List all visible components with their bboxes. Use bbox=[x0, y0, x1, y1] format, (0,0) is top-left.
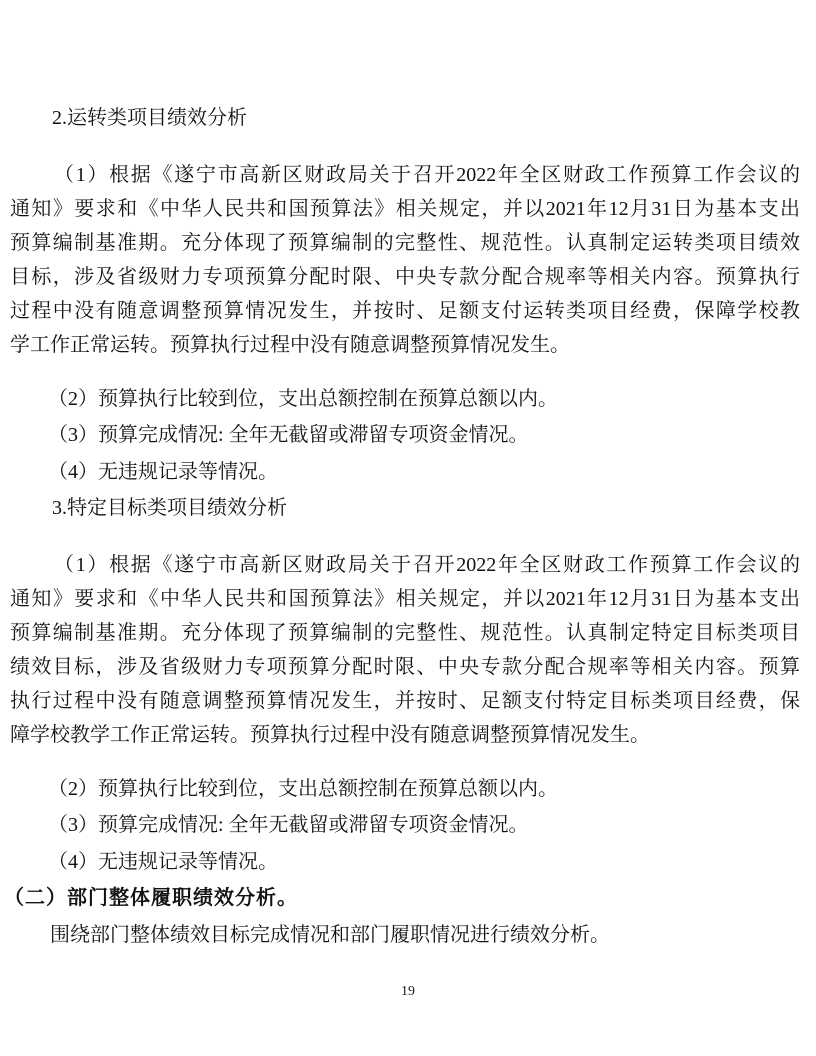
paragraph-operational-analysis: （1）根据《遂宁市高新区财政局关于召开2022年全区财政工作预算工作会议的 通知… bbox=[10, 158, 800, 362]
list-item-4: （4）无违规记录等情况。 bbox=[10, 454, 800, 491]
list-item-3: （3）预算完成情况: 全年无截留或滞留专项资金情况。 bbox=[10, 807, 800, 844]
paragraph-line: 预算编制基准期。充分体现了预算编制的完整性、规范性。认真制定特定目标类项目 bbox=[10, 616, 800, 650]
paragraph-line: 执行过程中没有随意调整预算情况发生，并按时、足额支付特定目标类项目经费，保 bbox=[10, 684, 800, 718]
paragraph-line: 绩效目标，涉及省级财力专项预算分配时限、中央专款分配合规率等相关内容。预算 bbox=[10, 650, 800, 684]
paragraph-line: （1）根据《遂宁市高新区财政局关于召开2022年全区财政工作预算工作会议的 bbox=[10, 158, 800, 192]
paragraph-specific-analysis: （1）根据《遂宁市高新区财政局关于召开2022年全区财政工作预算工作会议的 通知… bbox=[10, 548, 800, 752]
paragraph-line: 学工作正常运转。预算执行过程中没有随意调整预算情况发生。 bbox=[10, 328, 800, 362]
items-specific: （2）预算执行比较到位，支出总额控制在预算总额以内。 （3）预算完成情况: 全年… bbox=[10, 771, 800, 881]
section-two-body: 围绕部门整体绩效目标完成情况和部门履职情况进行绩效分析。 bbox=[10, 917, 800, 954]
section-heading-operational: 2.运转类项目绩效分析 bbox=[10, 100, 800, 137]
page-number: 19 bbox=[0, 984, 816, 1000]
document-content: 2.运转类项目绩效分析 （1）根据《遂宁市高新区财政局关于召开2022年全区财政… bbox=[10, 100, 800, 953]
list-item-4: （4）无违规记录等情况。 bbox=[10, 844, 800, 881]
paragraph-line: 预算编制基准期。充分体现了预算编制的完整性、规范性。认真制定运转类项目绩效 bbox=[10, 226, 800, 260]
paragraph-line: 通知》要求和《中华人民共和国预算法》相关规定，并以2021年12月31日为基本支… bbox=[10, 192, 800, 226]
list-item-2: （2）预算执行比较到位，支出总额控制在预算总额以内。 bbox=[10, 381, 800, 418]
list-item-2: （2）预算执行比较到位，支出总额控制在预算总额以内。 bbox=[10, 771, 800, 808]
items-operational: （2）预算执行比较到位，支出总额控制在预算总额以内。 （3）预算完成情况: 全年… bbox=[10, 381, 800, 491]
paragraph-line: 障学校教学工作正常运转。预算执行过程中没有随意调整预算情况发生。 bbox=[10, 718, 800, 752]
section-heading-specific: 3.特定目标类项目绩效分析 bbox=[10, 490, 800, 527]
paragraph-line: 过程中没有随意调整预算情况发生，并按时、足额支付运转类项目经费，保障学校教 bbox=[10, 294, 800, 328]
section-two-heading: （二）部门整体履职绩效分析。 bbox=[10, 880, 800, 917]
paragraph-line: 目标，涉及省级财力专项预算分配时限、中央专款分配合规率等相关内容。预算执行 bbox=[10, 260, 800, 294]
paragraph-line: 通知》要求和《中华人民共和国预算法》相关规定，并以2021年12月31日为基本支… bbox=[10, 582, 800, 616]
list-item-3: （3）预算完成情况: 全年无截留或滞留专项资金情况。 bbox=[10, 417, 800, 454]
document-page: 2.运转类项目绩效分析 （1）根据《遂宁市高新区财政局关于召开2022年全区财政… bbox=[0, 0, 816, 1056]
paragraph-line: （1）根据《遂宁市高新区财政局关于召开2022年全区财政工作预算工作会议的 bbox=[10, 548, 800, 582]
